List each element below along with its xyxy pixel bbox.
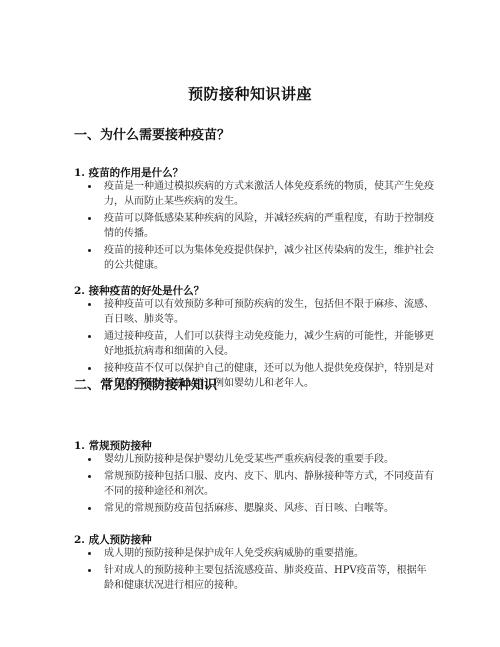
subsection-heading-adult-vaccination: 2. 成人预防接种	[74, 532, 152, 547]
list-item-text: 疫苗是一种通过模拟疾病的方式来激活人体免疫系统的物质，使其产生免疫力，从而防止某…	[104, 181, 434, 207]
list-item: 常见的常规预防疫苗包括麻疹、腮腺炎、风疹、百日咳、白喉等。	[74, 501, 434, 516]
section-heading-common-knowledge: 二、常见的预防接种知识	[74, 374, 217, 393]
list-item-text: 成人期的预防接种是保护成年人免受疾病威胁的重要措施。	[104, 548, 364, 559]
bullet-icon	[88, 475, 91, 478]
list-item-text: 婴幼儿预防接种是保护婴幼儿免受某些严重疾病侵袭的重要手段。	[104, 454, 394, 465]
subsection-heading-vaccine-role: 1. 疫苗的作用是什么？	[74, 165, 183, 180]
bullet-icon	[88, 367, 91, 370]
list-item-text: 常见的常规预防疫苗包括麻疹、腮腺炎、风疹、百日咳、白喉等。	[104, 503, 394, 514]
bullet-icon	[88, 249, 91, 252]
list-item: 成人期的预防接种是保护成年人免受疾病威胁的重要措施。	[74, 546, 434, 561]
bullet-icon	[88, 185, 91, 188]
section-heading-why-vaccinate: 一、为什么需要接种疫苗？	[74, 124, 230, 143]
list-item: 针对成人的预防接种主要包括流感疫苗、肺炎疫苗、HPV疫苗等，根据年龄和健康状况进…	[74, 563, 434, 593]
list-item-text: 针对成人的预防接种主要包括流感疫苗、肺炎疫苗、HPV疫苗等，根据年龄和健康状况进…	[104, 565, 427, 591]
bullet-icon	[88, 458, 91, 461]
bullet-icon	[88, 217, 91, 220]
list-item: 常规预防接种包括口服、皮内、皮下、肌内、静脉接种等方式，不同疫苗有不同的接种途径…	[74, 469, 434, 499]
bullet-list-vaccine-role: 疫苗是一种通过模拟疾病的方式来激活人体免疫系统的物质，使其产生免疫力，从而防止某…	[74, 179, 434, 275]
list-item: 疫苗是一种通过模拟疾病的方式来激活人体免疫系统的物质，使其产生免疫力，从而防止某…	[74, 179, 434, 209]
list-item-text: 疫苗的接种还可以为集体免疫提供保护，减少社区传染病的发生，维护社会的公共健康。	[104, 245, 434, 271]
document-title: 预防接种知识讲座	[0, 83, 500, 104]
bullet-icon	[88, 303, 91, 306]
bullet-icon	[88, 569, 91, 572]
list-item: 疫苗的接种还可以为集体免疫提供保护，减少社区传染病的发生，维护社会的公共健康。	[74, 243, 434, 273]
list-item-text: 接种疫苗可以有效预防多种可预防疾病的发生，包括但不限于麻疹、流感、百日咳、肺炎等…	[104, 299, 434, 325]
bullet-list-adult-vaccination: 成人期的预防接种是保护成年人免受疾病威胁的重要措施。 针对成人的预防接种主要包括…	[74, 546, 434, 595]
bullet-icon	[88, 507, 91, 510]
bullet-icon	[88, 552, 91, 555]
list-item: 通过接种疫苗，人们可以获得主动免疫能力，减少生病的可能性，并能够更好地抵抗病毒和…	[74, 329, 434, 359]
list-item-text: 疫苗可以降低感染某种疾病的风险，并减轻疾病的严重程度，有助于控制疫情的传播。	[104, 213, 434, 239]
list-item-text: 通过接种疫苗，人们可以获得主动免疫能力，减少生病的可能性，并能够更好地抵抗病毒和…	[104, 331, 434, 357]
list-item: 接种疫苗可以有效预防多种可预防疾病的发生，包括但不限于麻疹、流感、百日咳、肺炎等…	[74, 297, 434, 327]
subsection-heading-vaccine-benefits: 2. 接种疫苗的好处是什么？	[74, 283, 204, 298]
bullet-list-routine-vaccination: 婴幼儿预防接种是保护婴幼儿免受某些严重疾病侵袭的重要手段。 常规预防接种包括口服…	[74, 452, 434, 518]
bullet-icon	[88, 335, 91, 338]
list-item: 疫苗可以降低感染某种疾病的风险，并减轻疾病的严重程度，有助于控制疫情的传播。	[74, 211, 434, 241]
list-item: 婴幼儿预防接种是保护婴幼儿免受某些严重疾病侵袭的重要手段。	[74, 452, 434, 467]
list-item-text: 常规预防接种包括口服、皮内、皮下、肌内、静脉接种等方式，不同疫苗有不同的接种途径…	[104, 471, 434, 497]
subsection-heading-routine-vaccination: 1. 常规预防接种	[74, 438, 152, 453]
document-page: 预防接种知识讲座 一、为什么需要接种疫苗？ 1. 疫苗的作用是什么？ 疫苗是一种…	[0, 0, 500, 647]
